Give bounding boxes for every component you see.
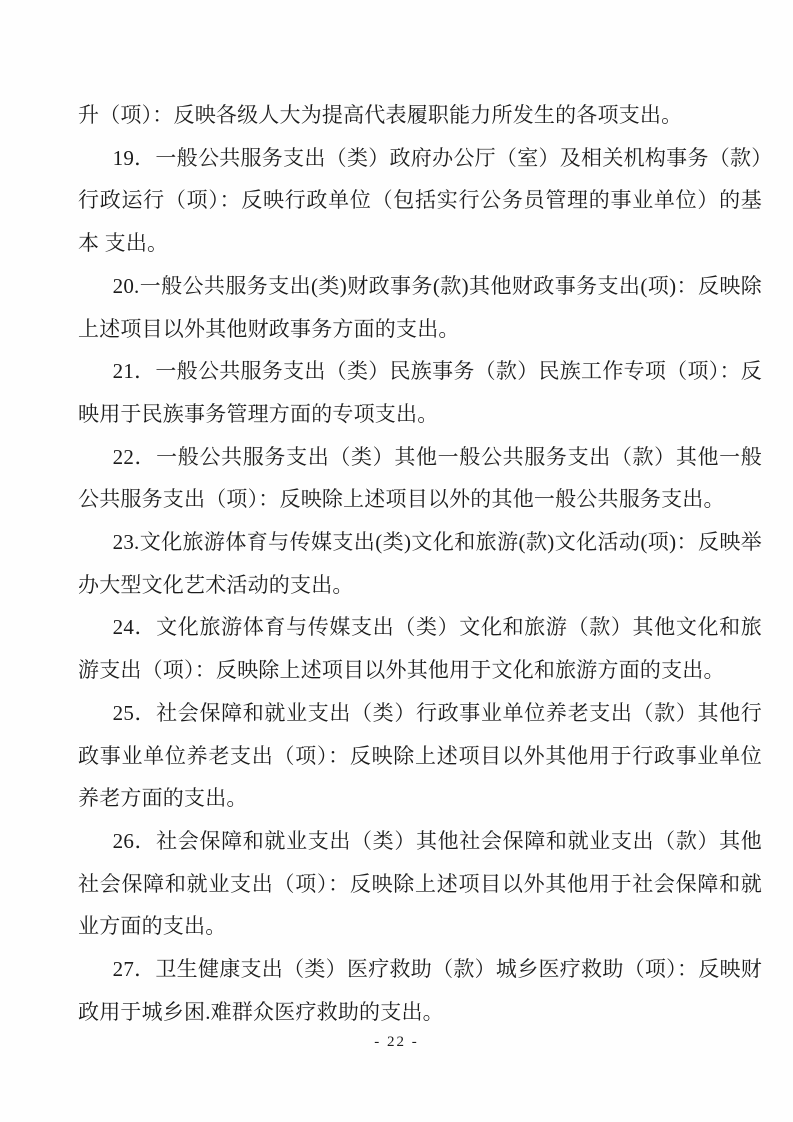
paragraph: 升（项）：反映各级人大为提高代表履职能力所发生的各项支出。 — [78, 94, 762, 137]
paragraph: 27．卫生健康支出（类）医疗救助（款）城乡医疗救助（项）：反映财政用于城乡困.难… — [78, 948, 762, 1033]
document-page: 升（项）：反映各级人大为提高代表履职能力所发生的各项支出。19．一般公共服务支出… — [0, 0, 793, 1122]
paragraph: 25．社会保障和就业支出（类）行政事业单位养老支出（款）其他行政事业单位养老支出… — [78, 692, 762, 820]
paragraph: 20.一般公共服务支出(类)财政事务(款)其他财政事务支出(项)：反映除上述项目… — [78, 265, 762, 350]
paragraph: 24．文化旅游体育与传媒支出（类）文化和旅游（款）其他文化和旅游支出（项）：反映… — [78, 606, 762, 691]
page-footer: - 22 - — [0, 1034, 793, 1051]
paragraph: 23.文化旅游体育与传媒支出(类)文化和旅游(款)文化活动(项)：反映举办大型文… — [78, 521, 762, 606]
paragraph: 21．一般公共服务支出（类）民族事务（款）民族工作专项（项）：反映用于民族事务管… — [78, 350, 762, 435]
paragraph: 26．社会保障和就业支出（类）其他社会保障和就业支出（款）其他社会保障和就业支出… — [78, 820, 762, 948]
paragraph: 19．一般公共服务支出（类）政府办公厅（室）及相关机构事务（款）行政运行（项）：… — [78, 137, 762, 265]
document-body: 升（项）：反映各级人大为提高代表履职能力所发生的各项支出。19．一般公共服务支出… — [78, 94, 762, 1033]
paragraph: 22．一般公共服务支出（类）其他一般公共服务支出（款）其他一般公共服务支出（项）… — [78, 436, 762, 521]
page-number: - 22 - — [374, 1034, 419, 1050]
